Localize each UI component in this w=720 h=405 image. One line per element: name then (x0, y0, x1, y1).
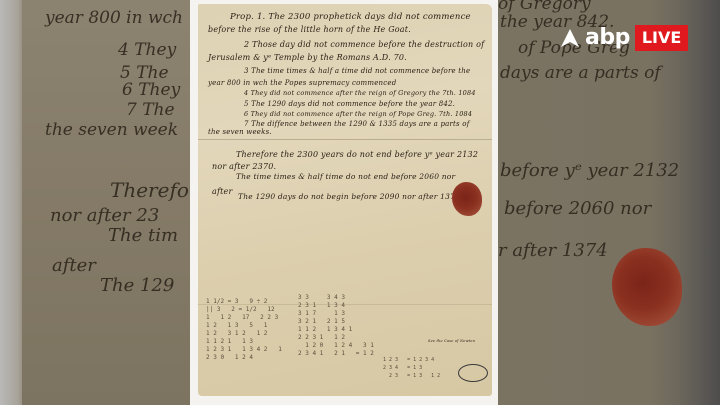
wax-seal (452, 182, 482, 216)
bg-text-line: r after 1374 (498, 240, 608, 261)
manuscript-page: Prop. 1. The 2300 prophetick days did no… (198, 4, 492, 396)
bg-text-line: after (52, 255, 96, 276)
manuscript-line: 3 The time times & half a time did not c… (244, 67, 470, 75)
manuscript-conclusion-line: nor after 2370. (212, 162, 276, 171)
live-badge: LIVE (635, 25, 688, 51)
manuscript-line: 4 They did not commence after the reign … (244, 89, 476, 97)
manuscript-conclusion-line: The time times & half time do not end be… (236, 172, 455, 181)
background-left: year 800 in wch 4 They 5 The 6 They 7 Th… (0, 0, 190, 405)
manuscript-line: Jerusalem & yᵉ Temple by the Romans A.D.… (208, 53, 407, 62)
bg-text-line: 4 They (118, 40, 176, 60)
manuscript-line: 2 Those day did not commence before the … (244, 40, 484, 49)
arrow-up-icon (560, 28, 580, 48)
manuscript-line: before the rise of the little horn of th… (208, 25, 411, 34)
logo-text: abp (585, 28, 630, 48)
bg-text-line: before 2060 nor (504, 198, 651, 219)
manuscript-line: the seven weeks. (208, 128, 272, 136)
manuscript-line: Prop. 1. The 2300 prophetick days did no… (230, 12, 471, 22)
margin-note: See the Case of Newton (428, 339, 475, 343)
calculation-scribbles: 1 2 3 = 1 2 3 42 3 4 = 1 3 2 3 = 1 3 1 2 (383, 356, 440, 380)
archive-stamp (458, 364, 488, 382)
calculation-scribbles: 3 3 3 4 32 3 1 1 3 43 1 7 1 33 2 1 2 1 5… (298, 294, 374, 358)
bg-text-line: Therefor (110, 178, 198, 202)
calculation-scribbles: 1 1/2 = 3 9 ÷ 2|| 3 2 = 1/2 121 1 2 17 2… (206, 298, 282, 362)
bg-text-line: before yᵉ year 2132 (500, 160, 679, 181)
manuscript-conclusion-line: after (212, 187, 233, 196)
bg-text-line: year 800 in wch (45, 8, 183, 28)
manuscript-conclusion-line: The 1290 days do not begin before 2090 n… (238, 192, 460, 201)
manuscript-conclusion-line: Therefore the 2300 years do not end befo… (236, 150, 478, 159)
manuscript-line: year 800 in wch the Popes supremacy comm… (208, 79, 396, 87)
background-right: of Gregory the year 842. of Pope Greg da… (498, 0, 720, 405)
bg-text-line: nor after 23 (50, 205, 159, 226)
abp-live-logo: abp LIVE (560, 25, 688, 51)
manuscript-frame: Prop. 1. The 2300 prophetick days did no… (190, 0, 498, 405)
bg-text-line: The tim (108, 225, 178, 246)
bg-text-line: 6 They (122, 80, 180, 100)
fold-line (198, 139, 492, 140)
bg-text-line: days are a parts of (500, 63, 661, 83)
manuscript-line: 7 The diffence between the 1290 & 1335 d… (244, 120, 469, 128)
bg-text-line: 7 The (126, 100, 175, 120)
manuscript-line: 6 They did not commence after the reign … (244, 110, 472, 118)
wax-seal-background (612, 248, 682, 326)
manuscript-line: 5 The 1290 days did not commence before … (244, 100, 455, 108)
bg-text-line: The 129 (100, 275, 174, 296)
bg-text-line: the seven week (45, 120, 178, 140)
